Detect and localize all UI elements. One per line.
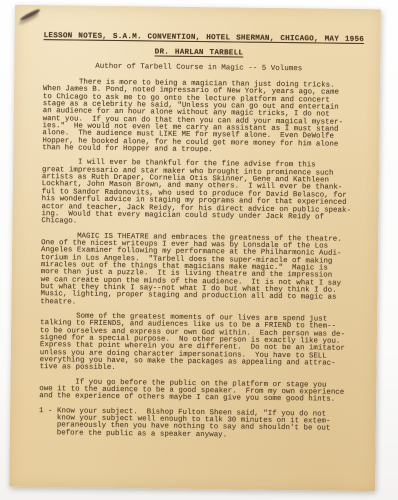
- paragraph-intro-pond: There is more to being a magician than j…: [42, 79, 354, 156]
- scan-background: LESSON NOTES, S.A.M. CONVENTION, HOTEL S…: [0, 0, 398, 500]
- paragraph-good-speaker: If you go before the public on the platf…: [39, 379, 350, 405]
- list-item-know-your-subject: 1 - Know your subject. Bishop Fulton She…: [39, 408, 350, 441]
- paragraph-magic-is-theatre: MAGIC IS THEATRE and embraces the greatn…: [40, 233, 352, 310]
- document-header: LESSON NOTES, S.A.M. CONVENTION, HOTEL S…: [43, 32, 354, 74]
- document-author: DR. HARLAN TARBELL: [43, 47, 354, 59]
- paragraph-thankful-advisors: I will ever be thankful for the fine adv…: [41, 160, 353, 230]
- document-page: LESSON NOTES, S.A.M. CONVENTION, HOTEL S…: [9, 5, 381, 491]
- pencil-mark: [19, 8, 40, 21]
- document-title: LESSON NOTES, S.A.M. CONVENTION, HOTEL S…: [44, 32, 355, 44]
- paragraph-friends-sell: Some of the greatest moments of our live…: [40, 313, 352, 376]
- document-subtitle: Author of Tarbell Course in Magic -- 5 V…: [43, 62, 354, 74]
